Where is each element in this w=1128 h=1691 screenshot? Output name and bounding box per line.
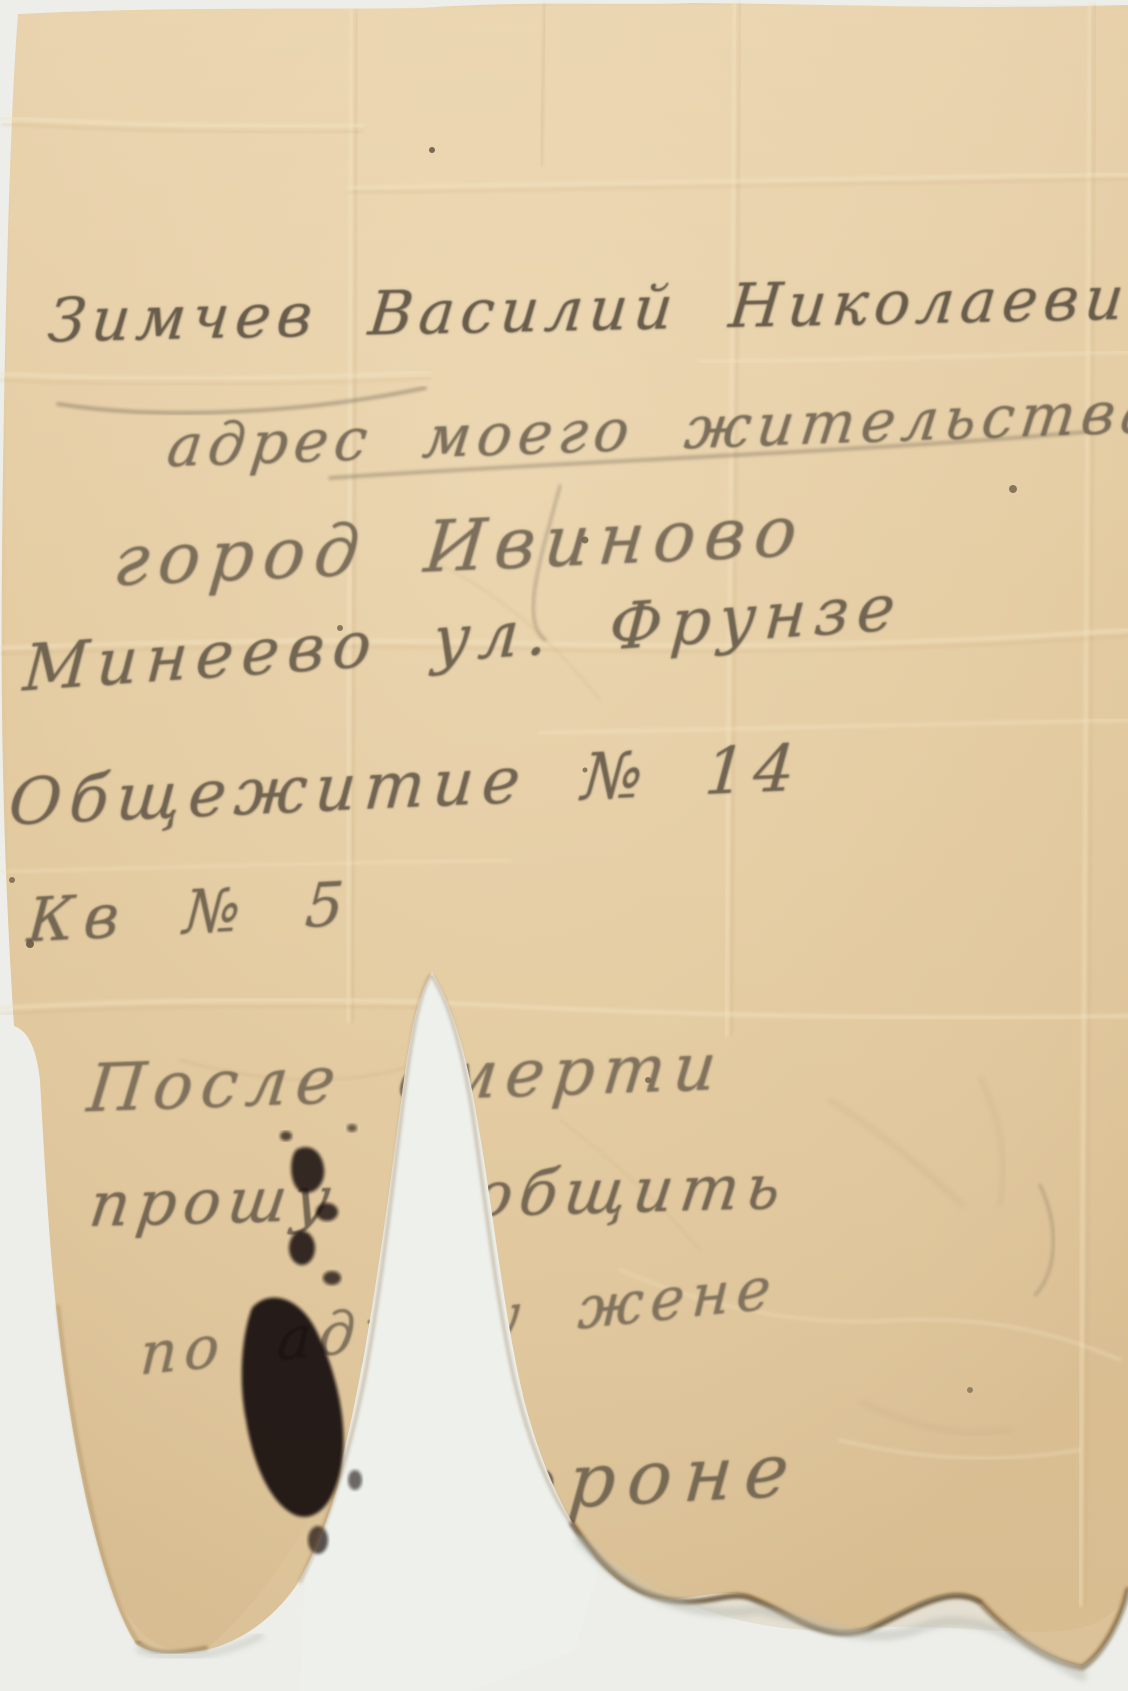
handwriting-line-to-wife-address: по адресу жене (138, 1253, 779, 1389)
handwriting-line-name: Зимчев Василий Николаевич (45, 262, 1128, 356)
handwriting-line-dormitory: Общежитие № 14 (6, 731, 805, 840)
handwriting-line-please-inform: прошу сообщить (85, 1150, 792, 1242)
handwriting-line-apartment: Кв № 5 (25, 869, 356, 956)
handwriting-line-after-death: После смерти (84, 1028, 728, 1128)
handwriting-line-address-label: адрес моего жительства (164, 377, 1128, 480)
handwriting-layer: Зимчев Василий Николаевич адрес моего жи… (0, 0, 1128, 1691)
handwriting-line-last-word: обороне (394, 1427, 804, 1535)
scanned-note-page: Зимчев Василий Николаевич адрес моего жи… (0, 0, 1128, 1691)
